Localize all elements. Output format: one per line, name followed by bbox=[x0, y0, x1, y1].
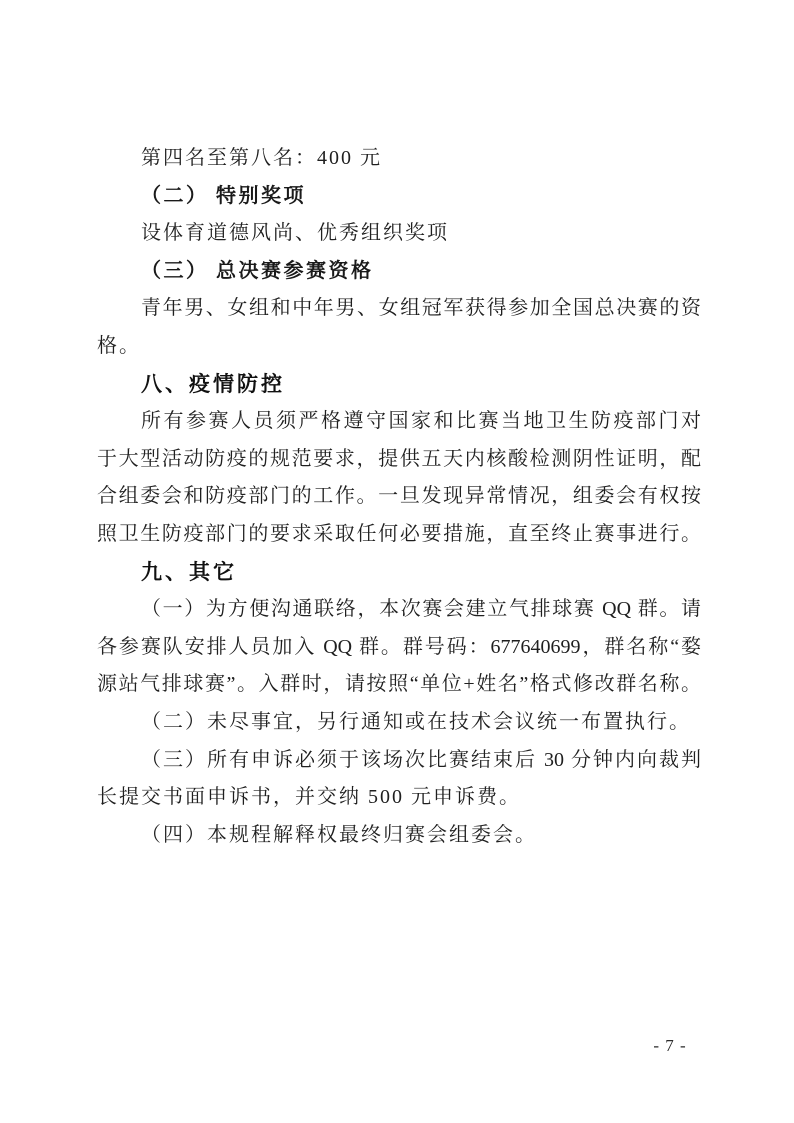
text-line-prize-range: 第四名至第八名：400 元 bbox=[97, 140, 701, 178]
text-line-epidemic-3: 合组委会和防疫部门的工作。一旦发现异常情况，组委会有权按 bbox=[97, 478, 701, 516]
page-number: - 7 - bbox=[638, 1036, 702, 1060]
text-line-others-item4: （四）本规程解释权最终归赛会组委会。 bbox=[97, 817, 701, 855]
text-line-others-item1-1: （一）为方便沟通联络，本次赛会建立气排球赛 QQ 群。请 bbox=[97, 591, 701, 629]
heading-special-awards: （二） 特别奖项 bbox=[97, 178, 701, 216]
text-line-others-item1-3: 源站气排球赛”。入群时，请按照“单位+姓名”格式修改群名称。 bbox=[97, 666, 701, 704]
text-line-others-item3-2: 长提交书面申诉书，并交纳 500 元申诉费。 bbox=[97, 779, 701, 817]
text-line-qualification-2: 格。 bbox=[97, 328, 701, 366]
text-line-epidemic-4: 照卫生防疫部门的要求采取任何必要措施，直至终止赛事进行。 bbox=[97, 516, 701, 554]
text-line-special-awards-body: 设体育道德风尚、优秀组织奖项 bbox=[97, 215, 701, 253]
text-line-others-item2: （二）未尽事宜，另行通知或在技术会议统一布置执行。 bbox=[97, 704, 701, 742]
heading-section-8-epidemic: 八、疫情防控 bbox=[97, 366, 701, 404]
text-line-epidemic-1: 所有参赛人员须严格遵守国家和比赛当地卫生防疫部门对 bbox=[97, 403, 701, 441]
heading-finals-qualification: （三） 总决赛参赛资格 bbox=[97, 253, 701, 291]
document-body: 第四名至第八名：400 元 （二） 特别奖项 设体育道德风尚、优秀组织奖项 （三… bbox=[97, 140, 701, 854]
document-page: 第四名至第八名：400 元 （二） 特别奖项 设体育道德风尚、优秀组织奖项 （三… bbox=[0, 0, 794, 1123]
text-line-qualification-1: 青年男、女组和中年男、女组冠军获得参加全国总决赛的资 bbox=[97, 290, 701, 328]
text-line-epidemic-2: 于大型活动防疫的规范要求，提供五天内核酸检测阴性证明，配 bbox=[97, 441, 701, 479]
text-line-others-item3-1: （三）所有申诉必须于该场次比赛结束后 30 分钟内向裁判 bbox=[97, 742, 701, 780]
heading-section-9-others: 九、其它 bbox=[97, 554, 701, 592]
text-line-others-item1-2: 各参赛队安排人员加入 QQ 群。群号码：677640699，群名称“婺 bbox=[97, 629, 701, 667]
